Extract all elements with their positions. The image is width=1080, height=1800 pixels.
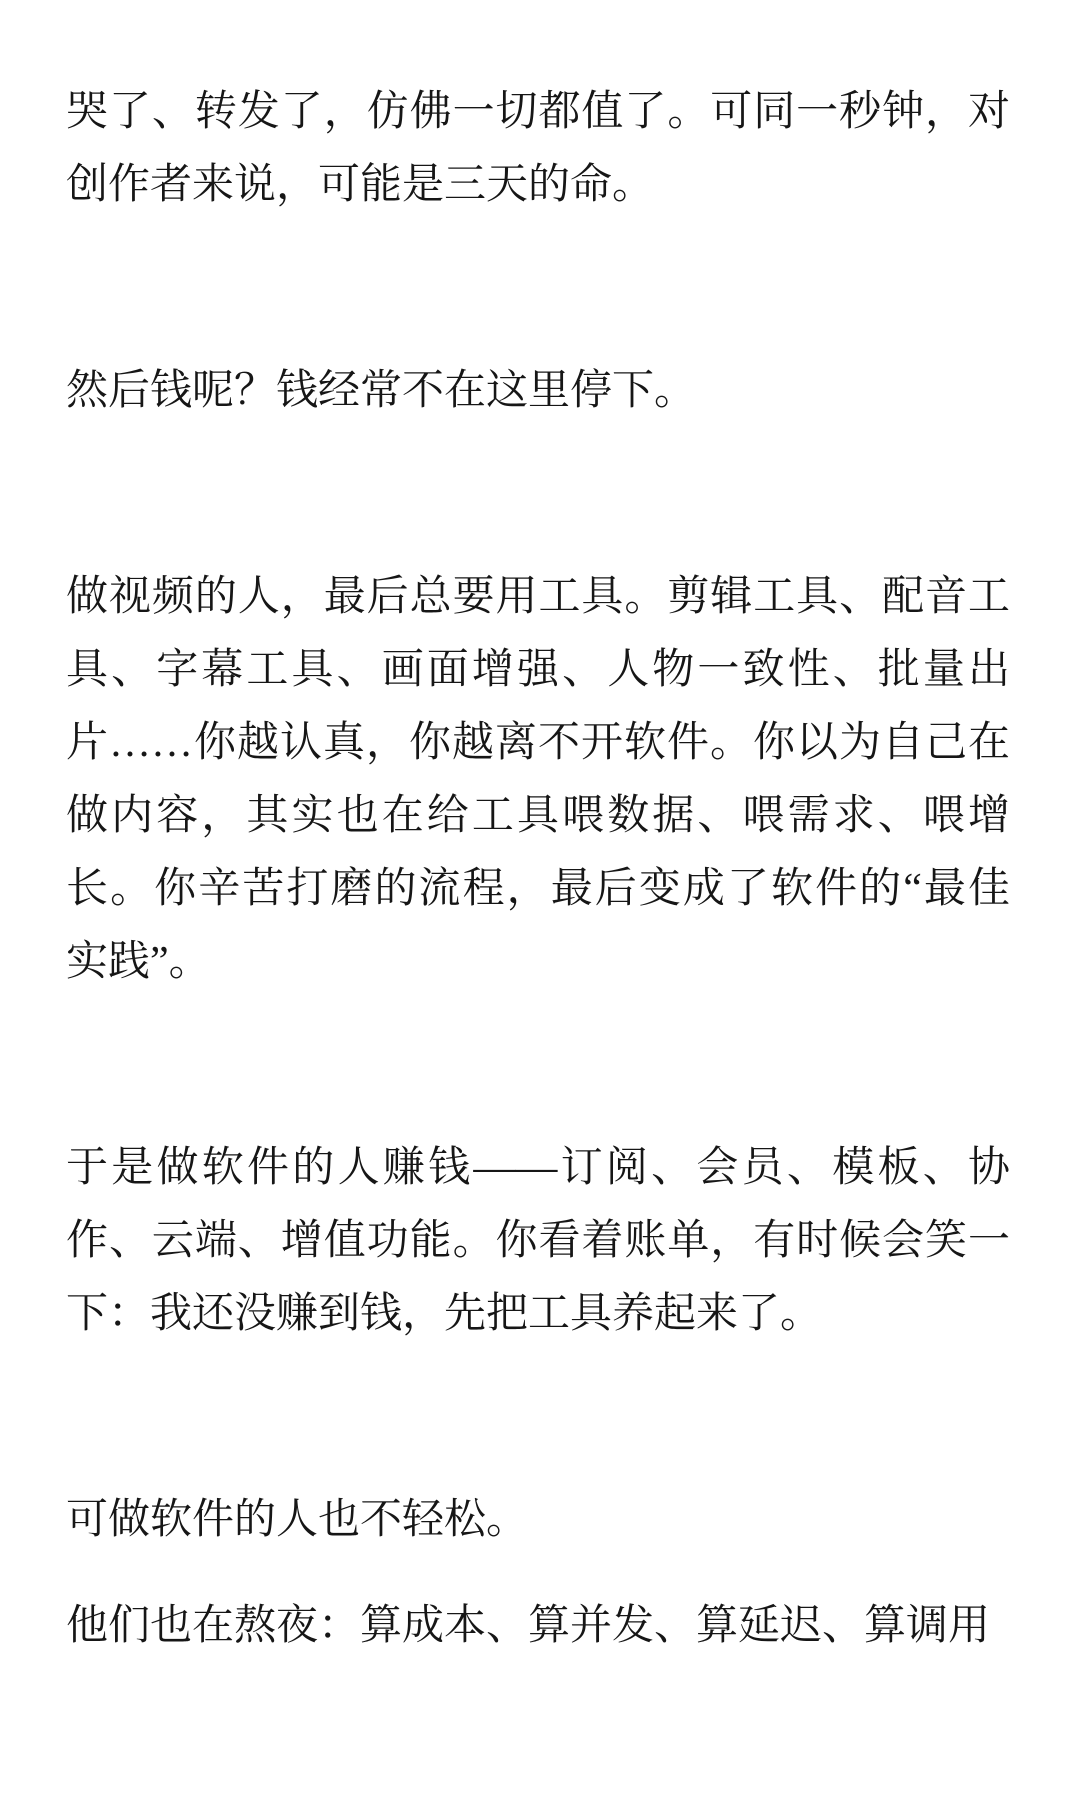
paragraph-4: 于是做软件的人赚钱——订阅、会员、模板、协作、云端、增值功能。你看着账单，有时候… <box>66 1132 1010 1351</box>
text-line: 实践”。 <box>66 926 1010 999</box>
text-line: 于是做软件的人赚钱——订阅、会员、模板、协 <box>66 1132 1010 1205</box>
text-line: 下：我还没赚到钱，先把工具养起来了。 <box>66 1278 1010 1351</box>
text-line: 做内容，其实也在给工具喂数据、喂需求、喂增 <box>66 780 1010 853</box>
text-line: 片……你越认真，你越离不开软件。你以为自己在 <box>66 707 1010 780</box>
paragraph-1: 哭了、转发了，仿佛一切都值了。可同一秒钟，对创作者来说，可能是三天的命。 <box>66 76 1010 222</box>
text-line: 可做软件的人也不轻松。 <box>66 1484 1010 1557</box>
text-line: 然后钱呢？钱经常不在这里停下。 <box>66 355 1010 428</box>
paragraph-3: 做视频的人，最后总要用工具。剪辑工具、配音工具、字幕工具、画面增强、人物一致性、… <box>66 561 1010 999</box>
paragraph-5: 可做软件的人也不轻松。 <box>66 1484 1010 1557</box>
text-line: 创作者来说，可能是三天的命。 <box>66 149 1010 222</box>
paragraph-2: 然后钱呢？钱经常不在这里停下。 <box>66 355 1010 428</box>
paragraph-6: 他们也在熬夜：算成本、算并发、算延迟、算调用 <box>66 1590 1010 1663</box>
text-line: 具、字幕工具、画面增强、人物一致性、批量出 <box>66 634 1010 707</box>
text-line: 哭了、转发了，仿佛一切都值了。可同一秒钟，对 <box>66 76 1010 149</box>
text-line: 做视频的人，最后总要用工具。剪辑工具、配音工 <box>66 561 1010 634</box>
text-line: 长。你辛苦打磨的流程，最后变成了软件的“最佳 <box>66 853 1010 926</box>
reader-page: 哭了、转发了，仿佛一切都值了。可同一秒钟，对创作者来说，可能是三天的命。然后钱呢… <box>0 0 1080 1800</box>
text-line: 他们也在熬夜：算成本、算并发、算延迟、算调用 <box>66 1590 1010 1663</box>
text-line: 作、云端、增值功能。你看着账单，有时候会笑一 <box>66 1205 1010 1278</box>
